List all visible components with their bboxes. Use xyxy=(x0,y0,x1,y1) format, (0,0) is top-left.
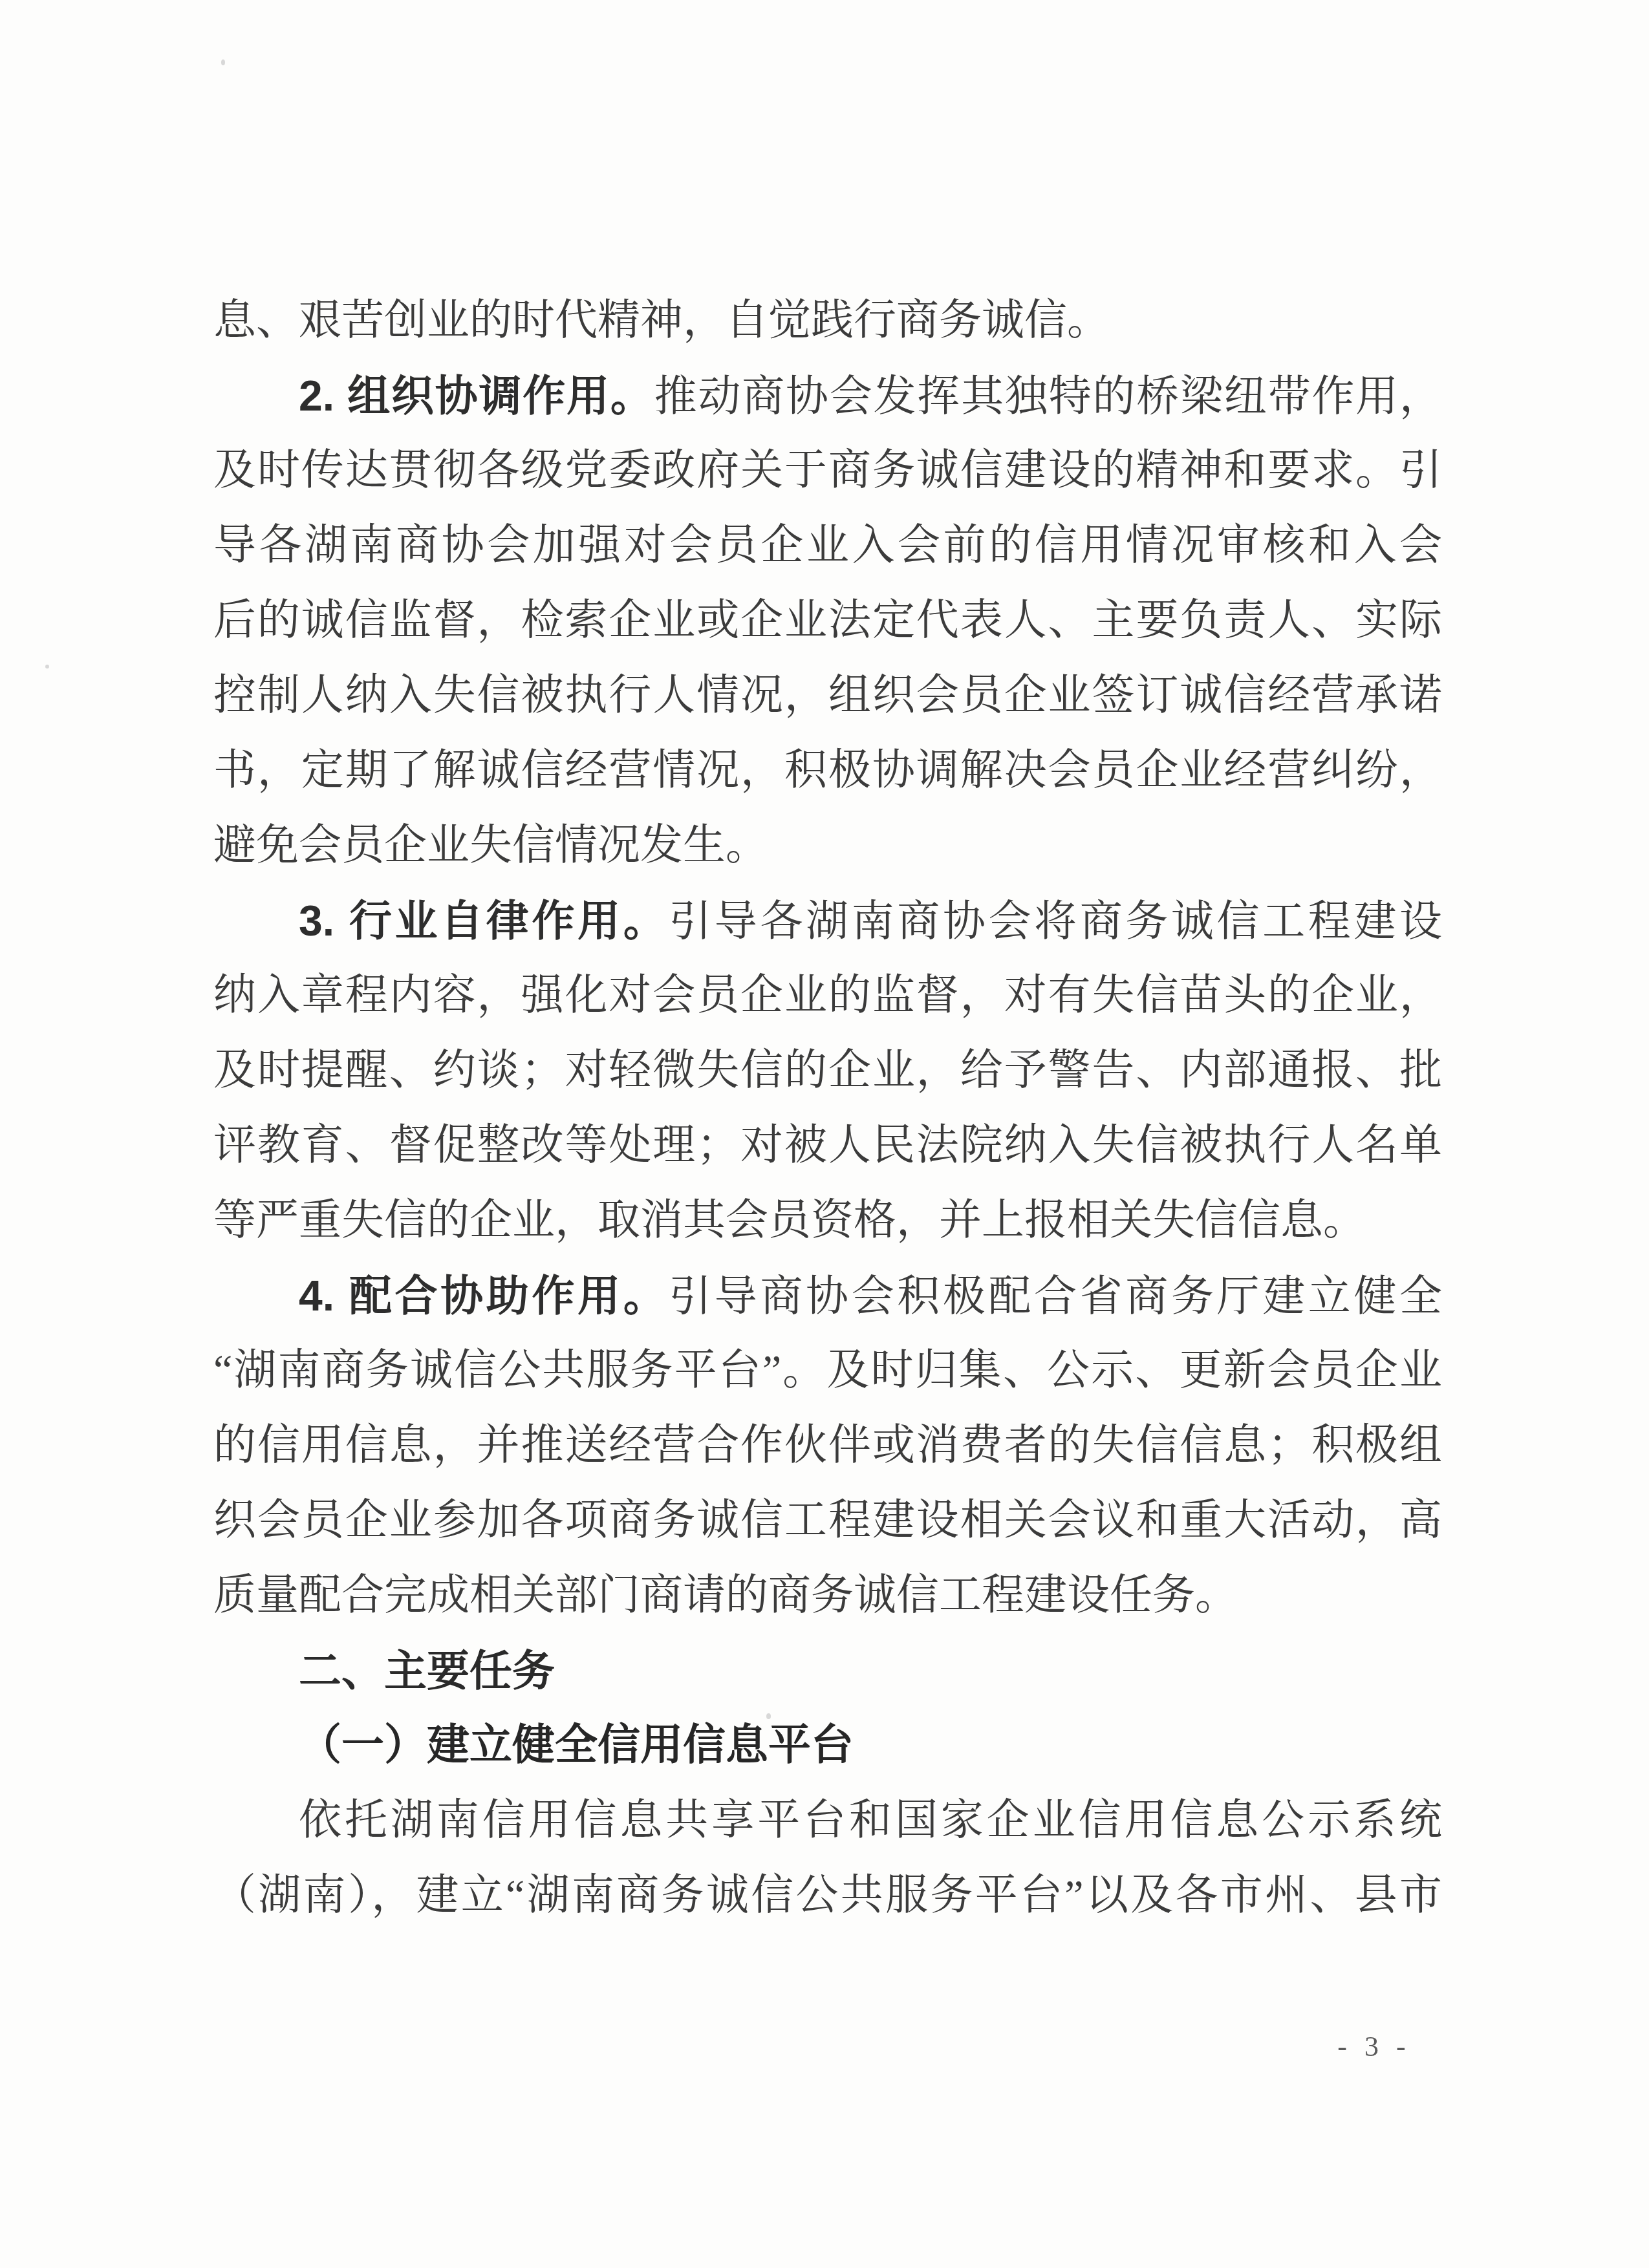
text-run: 依托湖南信用信息共享平台和国家企业信用信息公示系统 xyxy=(299,1797,1442,1844)
text-run: 质量配合完成相关部门商请的商务诚信工程建设任务。 xyxy=(213,1572,1238,1619)
doc-line: 纳入章程内容，强化对会员企业的监督，对有失信苗头的企业， xyxy=(213,958,1442,1033)
doc-line: 导各湖南商协会加强对会员企业入会前的信用情况审核和入会 xyxy=(213,508,1442,583)
doc-line: 息、艰苦创业的时代精神，自觉践行商务诚信。 xyxy=(213,283,1442,358)
text-run: “湖南商务诚信公共服务平台”。及时归集、公示、更新会员企业 xyxy=(213,1347,1442,1394)
paragraph-lead-bold: 3. 行业自律作用。 xyxy=(299,897,669,945)
document-body: 息、艰苦创业的时代精神，自觉践行商务诚信。 2. 组织协调作用。推动商协会发挥其… xyxy=(213,283,1442,1933)
text-run: 等严重失信的企业，取消其会员资格，并上报相关失信信息。 xyxy=(213,1197,1366,1244)
text-run: 避免会员企业失信情况发生。 xyxy=(213,822,768,869)
doc-line: 书，定期了解诚信经营情况，积极协调解决会员企业经营纠纷， xyxy=(213,733,1442,808)
text-run: 及时提醒、约谈；对轻微失信的企业，给予警告、内部通报、批 xyxy=(213,1047,1442,1094)
doc-line: 及时传达贯彻各级党委政府关于商务诚信建设的精神和要求。引 xyxy=(213,433,1442,508)
text-run: 织会员企业参加各项商务诚信工程建设相关会议和重大活动，高 xyxy=(213,1497,1442,1544)
doc-line: 等严重失信的企业，取消其会员资格，并上报相关失信信息。 xyxy=(213,1183,1442,1258)
text-run: 纳入章程内容，强化对会员企业的监督，对有失信苗头的企业， xyxy=(213,972,1442,1019)
doc-line: 及时提醒、约谈；对轻微失信的企业，给予警告、内部通报、批 xyxy=(213,1033,1442,1108)
doc-line: 控制人纳入失信被执行人情况，组织会员企业签订诚信经营承诺 xyxy=(213,658,1442,733)
paragraph-lead-bold: 4. 配合协助作用。 xyxy=(299,1272,669,1320)
doc-line-paragraph-2: 2. 组织协调作用。推动商协会发挥其独特的桥梁纽带作用， xyxy=(213,358,1442,433)
text-run: 书，定期了解诚信经营情况，积极协调解决会员企业经营纠纷， xyxy=(213,747,1442,794)
doc-line-paragraph-4: 4. 配合协助作用。引导商协会积极配合省商务厅建立健全 xyxy=(213,1258,1442,1333)
heading-text: 二、主要任务 xyxy=(299,1647,555,1695)
text-run: 控制人纳入失信被执行人情况，组织会员企业签订诚信经营承诺 xyxy=(213,672,1442,719)
text-run: 推动商协会发挥其独特的桥梁纽带作用， xyxy=(654,373,1442,420)
paragraph-lead-bold: 2. 组织协调作用。 xyxy=(299,372,654,420)
doc-line: 后的诚信监督，检索企业或企业法定代表人、主要负责人、实际 xyxy=(213,583,1442,658)
text-run: 及时传达贯彻各级党委政府关于商务诚信建设的精神和要求。引 xyxy=(213,447,1442,494)
doc-line: 评教育、督促整改等处理；对被人民法院纳入失信被执行人名单 xyxy=(213,1108,1442,1183)
doc-line: 织会员企业参加各项商务诚信工程建设相关会议和重大活动，高 xyxy=(213,1483,1442,1558)
text-run: 导各湖南商协会加强对会员企业入会前的信用情况审核和入会 xyxy=(213,522,1442,569)
page-number: - 3 - xyxy=(1306,2030,1442,2063)
scan-speck xyxy=(45,665,49,669)
text-run: 评教育、督促整改等处理；对被人民法院纳入失信被执行人名单 xyxy=(213,1122,1442,1169)
heading-text: （一）建立健全信用信息平台 xyxy=(299,1722,854,1769)
text-run: 息、艰苦创业的时代精神，自觉践行商务诚信。 xyxy=(213,297,1110,344)
doc-line: 质量配合完成相关部门商请的商务诚信工程建设任务。 xyxy=(213,1558,1442,1633)
doc-line-paragraph-3: 3. 行业自律作用。引导各湖南商协会将商务诚信工程建设 xyxy=(213,883,1442,958)
text-run: （湖南），建立“湖南商务诚信公共服务平台”以及各市州、县市 xyxy=(213,1872,1442,1919)
doc-line: 避免会员企业失信情况发生。 xyxy=(213,808,1442,883)
text-run: 的信用信息，并推送经营合作伙伴或消费者的失信信息；积极组 xyxy=(213,1422,1442,1469)
document-page: 息、艰苦创业的时代精神，自觉践行商务诚信。 2. 组织协调作用。推动商协会发挥其… xyxy=(0,0,1649,2268)
doc-line: 依托湖南信用信息共享平台和国家企业信用信息公示系统 xyxy=(213,1783,1442,1858)
doc-line: （湖南），建立“湖南商务诚信公共服务平台”以及各市州、县市 xyxy=(213,1858,1442,1933)
doc-line: 的信用信息，并推送经营合作伙伴或消费者的失信信息；积极组 xyxy=(213,1408,1442,1483)
section-heading-main-tasks: 二、主要任务 xyxy=(213,1633,1442,1708)
text-run: 后的诚信监督，检索企业或企业法定代表人、主要负责人、实际 xyxy=(213,597,1442,644)
doc-line: “湖南商务诚信公共服务平台”。及时归集、公示、更新会员企业 xyxy=(213,1333,1442,1408)
text-run: 引导各湖南商协会将商务诚信工程建设 xyxy=(669,898,1442,945)
scan-speck xyxy=(221,59,225,65)
subsection-heading-credit-platform: （一）建立健全信用信息平台 xyxy=(213,1708,1442,1783)
text-run: 引导商协会积极配合省商务厅建立健全 xyxy=(669,1273,1442,1320)
